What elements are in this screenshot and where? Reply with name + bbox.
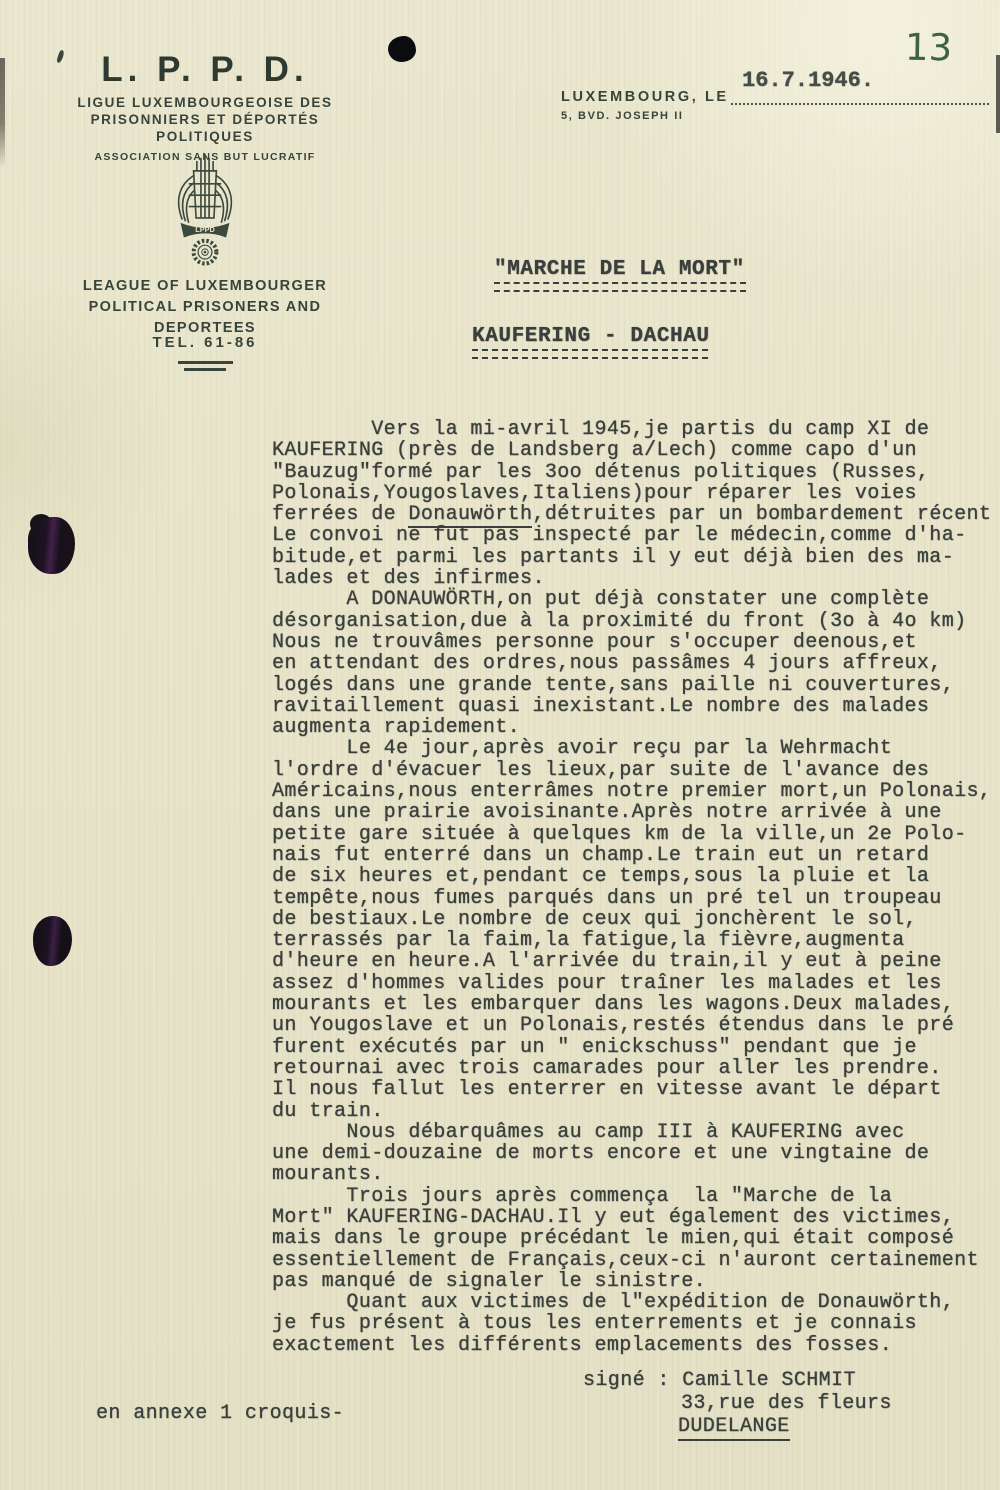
typed-line: KAUFERING (près de Landsberg a/Lech) com…	[272, 440, 1000, 461]
typed-line: Nous débarquâmes au camp III à KAUFERING…	[272, 1122, 1000, 1143]
title-underline	[494, 282, 746, 292]
typed-line: ferrées de Donauwörth,détruites par un b…	[272, 504, 1000, 525]
org-en-line1: LEAGUE OF LUXEMBOURGER	[45, 276, 365, 297]
lppd-emblem-icon: LPPD	[155, 148, 255, 270]
typed-line: dans une prairie avoisinante.Après notre…	[272, 802, 1000, 823]
typed-line: un Yougoslave et un Polonais,restés éten…	[272, 1015, 1000, 1036]
scanned-letter-page: L. P. P. D. LIGUE LUXEMBOURGEOISE DES PR…	[0, 0, 1000, 1490]
typed-line: A DONAUWÖRTH,on put déjà constater une c…	[272, 589, 1000, 610]
typed-line: en attendant des ordres,nous passâmes 4 …	[272, 653, 1000, 674]
document-subtitle: KAUFERING - DACHAU	[472, 325, 710, 359]
typed-line: Le convoi ne fut pas inspecté par le méd…	[272, 525, 1000, 546]
typed-line: Nous ne trouvâmes personne pour s'occupe…	[272, 632, 1000, 653]
telephone-number: TEL. 61-86	[45, 334, 365, 351]
typed-line: mais dans le groupe précédant le mien,qu…	[272, 1228, 1000, 1249]
typed-line: furent exécutés par un " enickschuss" pe…	[272, 1037, 1000, 1058]
document-title-text: "MARCHE DE LA MORT"	[494, 258, 746, 281]
typed-line: Américains,nous enterrâmes notre premier…	[272, 781, 1000, 802]
signature-street: 33,rue des fleurs	[681, 1392, 892, 1415]
typed-line: Le 4e jour,après avoir reçu par la Wehrm…	[272, 738, 1000, 759]
typed-line: Quant aux victimes de l"expédition de Do…	[272, 1292, 1000, 1313]
letter-body: Vers la mi-avril 1945,je partis du camp …	[272, 419, 1000, 1356]
signature-city: DUDELANGE	[678, 1415, 790, 1441]
typed-line: de bestiaux.Le nombre de ceux qui jonchè…	[272, 909, 1000, 930]
typed-line: désorganisation,due à la proximité du fr…	[272, 611, 1000, 632]
org-abbreviation: L. P. P. D.	[55, 50, 355, 90]
typed-line: retournai avec trois camarades pour alle…	[272, 1058, 1000, 1079]
scan-edge-mark	[0, 58, 5, 168]
typed-line: Vers la mi-avril 1945,je partis du camp …	[272, 419, 1000, 440]
tel-underline	[178, 361, 233, 364]
org-name-line2: PRISONNIERS ET DÉPORTÉS POLITIQUES	[55, 111, 355, 145]
typed-line: augmenta rapidement.	[272, 717, 1000, 738]
lppd-emblem: LPPD	[152, 148, 258, 270]
typed-line: Mort" KAUFERING-DACHAU.Il y eut égalemen…	[272, 1207, 1000, 1228]
typed-line: petite gare située à quelques km de la v…	[272, 824, 1000, 845]
punch-hole-stain	[33, 916, 72, 966]
street-address: 5, BVD. JOSEPH II	[561, 110, 684, 122]
typed-line: nais fut enterré dans un champ.Le train …	[272, 845, 1000, 866]
typed-line: terrassés par la faim,la fatigue,la fièv…	[272, 930, 1000, 951]
typed-line: du train.	[272, 1101, 1000, 1122]
typed-date: 16.7.1946.	[742, 68, 874, 93]
ink-stain	[388, 36, 416, 62]
typed-line: mourants.	[272, 1164, 1000, 1185]
typed-line: assez d'hommes valides pour traîner les …	[272, 973, 1000, 994]
typed-line: mourants et les embarquer dans les wagon…	[272, 994, 1000, 1015]
org-en-line2: POLITICAL PRISONERS AND DEPORTEES	[45, 297, 365, 339]
typed-line: pas manqué de signaler le sinistre.	[272, 1271, 1000, 1292]
typed-line: tempête,nous fumes parqués dans un pré t…	[272, 888, 1000, 909]
typed-line: exactement les différents emplacements d…	[272, 1335, 1000, 1356]
typed-line: Polonais,Yougoslaves,Italiens)pour répar…	[272, 483, 1000, 504]
emblem-banner-text: LPPD	[195, 225, 215, 234]
typed-line: Il nous fallut les enterrer en vitesse a…	[272, 1079, 1000, 1100]
typed-line: l'ordre d'évacuer les lieux,par suite de…	[272, 760, 1000, 781]
tel-underline	[184, 368, 226, 371]
typed-line: essentiellement de Français,ceux-ci n'au…	[272, 1250, 1000, 1271]
typed-line: de six heures et,pendant ce temps,sous l…	[272, 866, 1000, 887]
typed-line: Trois jours après commença la "Marche de…	[272, 1186, 1000, 1207]
signature-line: signé : Camille SCHMIT	[583, 1369, 856, 1392]
org-name-line1: LIGUE LUXEMBOURGEOISE DES	[55, 94, 355, 111]
typed-line: bitude,et parmi les partants il y eut dé…	[272, 547, 1000, 568]
typed-line: ravitaillement quasi inexistant.Le nombr…	[272, 696, 1000, 717]
scan-edge-mark	[996, 55, 1000, 133]
typed-line: je fus présent à tous les enterrements e…	[272, 1313, 1000, 1334]
page-number: 13	[905, 26, 953, 70]
org-name-english: LEAGUE OF LUXEMBOURGER POLITICAL PRISONE…	[45, 276, 365, 339]
typed-line: "Bauzug"formé par les 3oo détenus politi…	[272, 462, 1000, 483]
punch-hole-stain	[28, 517, 75, 574]
annex-note: en annexe 1 croquis-	[96, 1402, 344, 1425]
document-subtitle-text: KAUFERING - DACHAU	[472, 325, 710, 348]
place-date-label: LUXEMBOURG, LE	[561, 89, 729, 105]
typed-line: lades et des infirmes.	[272, 568, 1000, 589]
letterhead-left: L. P. P. D. LIGUE LUXEMBOURGEOISE DES PR…	[55, 50, 355, 163]
document-title: "MARCHE DE LA MORT"	[494, 258, 746, 292]
typed-line: logés dans une grande tente,sans paille …	[272, 675, 1000, 696]
typed-line: une demi-douzaine de morts encore et une…	[272, 1143, 1000, 1164]
typed-line: d'heure en heure.A l'arrivée du train,il…	[272, 951, 1000, 972]
subtitle-underline	[472, 349, 708, 359]
